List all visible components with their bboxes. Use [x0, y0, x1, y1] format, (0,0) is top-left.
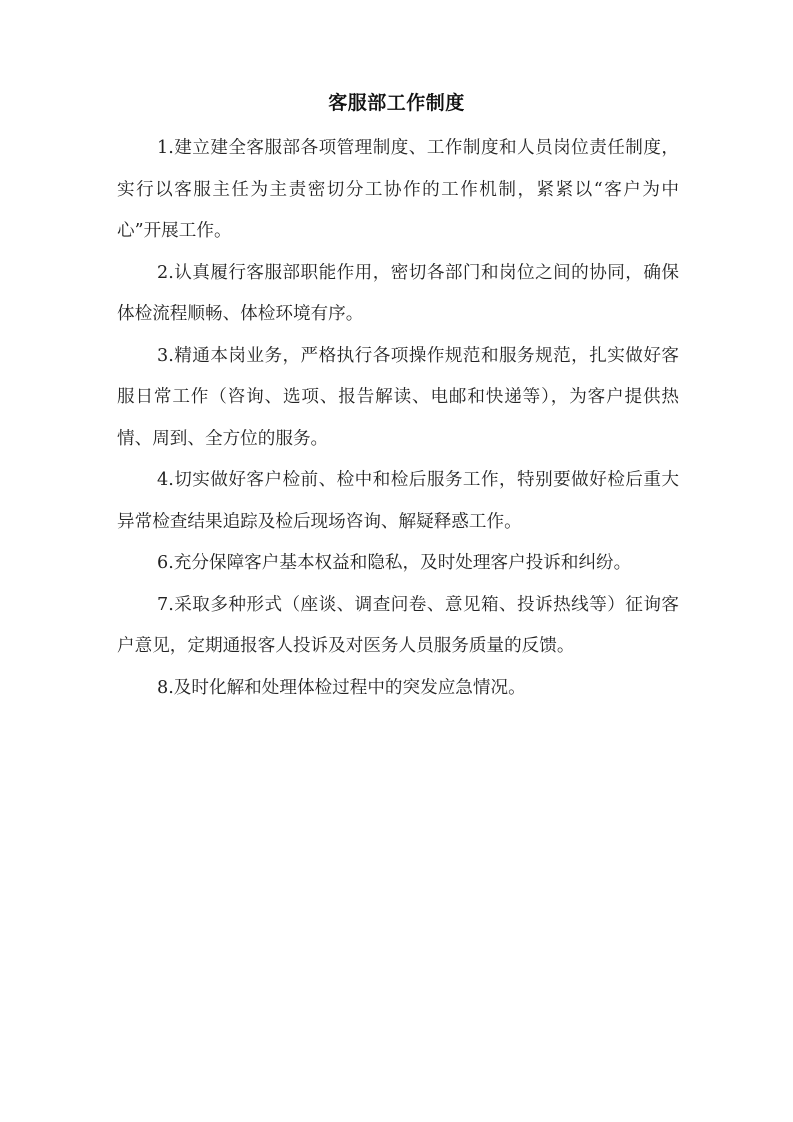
paragraph-2: 2.认真履行客服部职能作用，密切各部门和岗位之间的协同，确保体检流程顺畅、体检环… [117, 253, 679, 336]
document-title: 客服部工作制度 [0, 88, 793, 115]
paragraph-8: 8.及时化解和处理体检过程中的突发应急情况。 [117, 668, 679, 710]
paragraph-3: 3.精通本岗业务，严格执行各项操作规范和服务规范，扎实做好客服日常工作（咨询、选… [117, 336, 679, 461]
paragraph-1: 1.建立建全客服部各项管理制度、工作制度和人员岗位责任制度，实行以客服主任为主责… [117, 128, 679, 253]
document-page: 客服部工作制度 1.建立建全客服部各项管理制度、工作制度和人员岗位责任制度，实行… [0, 0, 793, 1122]
paragraph-7: 7.采取多种形式（座谈、调查问卷、意见箱、投诉热线等）征询客户意见，定期通报客人… [117, 585, 679, 668]
document-body: 1.建立建全客服部各项管理制度、工作制度和人员岗位责任制度，实行以客服主任为主责… [117, 128, 679, 709]
paragraph-4: 4.切实做好客户检前、检中和检后服务工作，特别要做好检后重大异常检查结果追踪及检… [117, 460, 679, 543]
paragraph-6: 6.充分保障客户基本权益和隐私，及时处理客户投诉和纠纷。 [117, 543, 679, 585]
